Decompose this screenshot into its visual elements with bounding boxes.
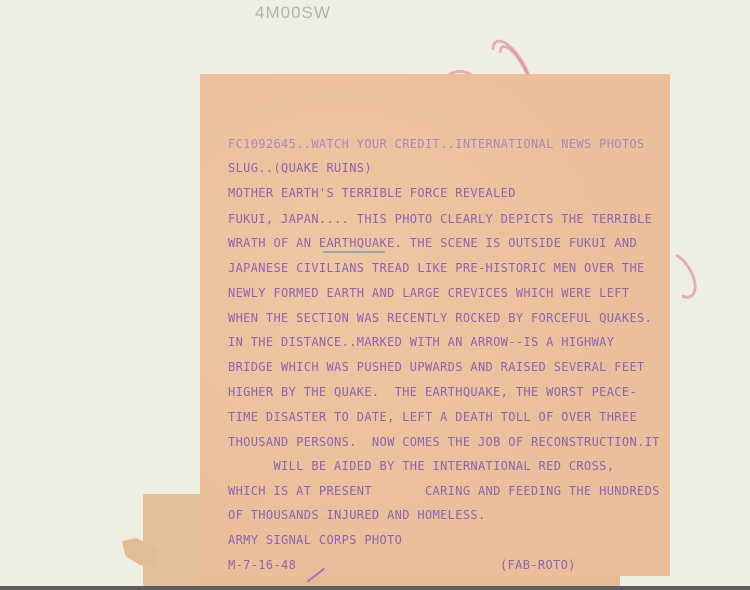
body-line: IN THE DISTANCE..MARKED WITH AN ARROW--I… xyxy=(228,335,614,349)
body-line: WRATH OF AN EARTHQUAKE. THE SCENE IS OUT… xyxy=(228,236,637,250)
body-line: WHEN THE SECTION WAS RECENTLY ROCKED BY … xyxy=(228,311,652,325)
body-line: HIGHER BY THE QUAKE. THE EARTHQUAKE, THE… xyxy=(228,385,637,399)
body-line: BRIDGE WHICH WAS PUSHED UPWARDS AND RAIS… xyxy=(228,360,645,374)
body-line: THOUSAND PERSONS. NOW COMES THE JOB OF R… xyxy=(228,435,660,449)
body-line: TIME DISASTER TO DATE, LEFT A DEATH TOLL… xyxy=(228,410,637,424)
fab-roto-tag: (FAB-ROTO) xyxy=(500,558,576,572)
body-line: NEWLY FORMED EARTH AND LARGE CREVICES WH… xyxy=(228,286,629,300)
credit-line: ARMY SIGNAL CORPS PHOTO xyxy=(228,533,402,547)
pencil-note: 4M00SW xyxy=(255,3,331,23)
header-line: FC1092645..WATCH YOUR CREDIT..INTERNATIO… xyxy=(228,137,645,151)
date-code: M-7-16-48 xyxy=(228,558,296,572)
body-line: OF THOUSANDS INJURED AND HOMELESS. xyxy=(228,508,486,522)
page-bottom-edge xyxy=(0,586,750,590)
paper-tab xyxy=(143,494,203,590)
body-line: FUKUI, JAPAN.... THIS PHOTO CLEARLY DEPI… xyxy=(228,212,652,226)
body-line: JAPANESE CIVILIANS TREAD LIKE PRE-HISTOR… xyxy=(228,261,645,275)
slug-line: SLUG..(QUAKE RUINS) xyxy=(228,161,372,175)
earthquake-underline-mark xyxy=(323,251,385,253)
body-line: WHICH IS AT PRESENT CARING AND FEEDING T… xyxy=(228,484,660,498)
body-line: WILL BE AIDED BY THE INTERNATIONAL RED C… xyxy=(228,459,614,473)
headline: MOTHER EARTH'S TERRIBLE FORCE REVEALED xyxy=(228,186,516,200)
